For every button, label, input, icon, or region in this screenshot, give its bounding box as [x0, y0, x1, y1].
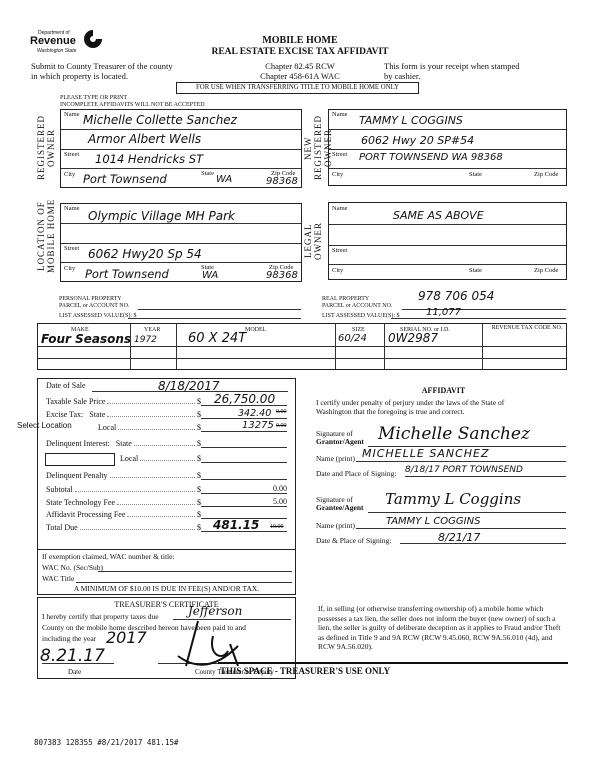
delinquent-interest-label: Delinquent Interest:	[46, 439, 110, 448]
exemption-label: If exemption claimed, WAC number & title…	[42, 552, 175, 561]
personal-parcel-field[interactable]	[138, 301, 301, 310]
location-label: LOCATION OF MOBILE HOME	[36, 198, 60, 274]
no-zip-label: Zip Code	[534, 171, 558, 178]
ro-name-label: Name	[64, 111, 80, 118]
instruction-incomplete: INCOMPLETE AFFIDAVITS WILL NOT BE ACCEPT…	[60, 102, 205, 108]
grantee-date-label: Date & Place of Signing:	[316, 536, 391, 545]
personal-assessed-field[interactable]	[128, 311, 301, 319]
personal-parcel-label: PERSONAL PROPERTY PARCEL or ACCOUNT NO.	[59, 296, 129, 310]
submit-note: Submit to County Treasurer of the county…	[31, 61, 173, 81]
make-value[interactable]: Four Seasons	[41, 332, 131, 346]
affidavit-text-2: Washington that the foregoing is true an…	[316, 407, 571, 416]
treasurer-use-label: THIS SPACE - TREASURER'S USE ONLY	[220, 666, 390, 676]
minimum-note: A MINIMUM OF $10.00 IS DUE IN FEE(S) AND…	[38, 584, 295, 593]
personal-parcel-label-1: PERSONAL PROPERTY	[59, 296, 129, 303]
grantee-signature[interactable]: Tammy L Coggins	[385, 490, 521, 508]
loc-street-label: Street	[64, 245, 79, 252]
ro-state-label: State	[201, 170, 214, 177]
delinquent-penalty-label: Delinquent Penalty	[46, 471, 108, 480]
logo-line2: Revenue	[30, 35, 76, 47]
total-due-value[interactable]: 481.15	[213, 518, 259, 532]
lo-city-label: City	[332, 267, 343, 274]
taxable-price-label: Taxable Sale Price	[46, 397, 105, 406]
real-parcel-value[interactable]: 978 706 054	[418, 289, 494, 303]
ro-street-label: Street	[64, 151, 79, 158]
lo-state-label: State	[469, 267, 482, 274]
new-owner-label: NEW REGISTERED OWNER	[303, 112, 327, 184]
real-parcel-label-1: REAL PROPERTY	[322, 296, 392, 303]
delinquent-interest-state-row: Delinquent Interest:State$	[46, 439, 287, 448]
receipt-note-line1: This form is your receipt when stamped	[384, 61, 520, 71]
lo-name-label: Name	[332, 205, 348, 212]
loc-name[interactable]: Olympic Village MH Park	[88, 209, 235, 223]
excise-local-label: Local	[98, 423, 116, 432]
legal-owner-label: LEGAL OWNER	[303, 205, 327, 277]
excise-state-printed: 0.00	[276, 409, 287, 415]
tax-calc-box: Date of Sale 8/18/2017 Taxable Sale Pric…	[37, 378, 296, 550]
year-value[interactable]: 1972	[134, 335, 157, 345]
taxable-price-value[interactable]: 26,750.00	[214, 392, 275, 406]
total-due-label: Total Due	[46, 523, 78, 532]
no-city-label: City	[332, 171, 343, 178]
processing-fee-label: Affidavit Processing Fee	[46, 510, 125, 519]
real-assessed-value[interactable]: 11,077	[426, 307, 461, 318]
treasurer-line1: I hereby certify that property taxes due	[42, 612, 159, 621]
tech-fee-row: State Technology Fee$5.00	[46, 497, 287, 507]
location-select-box[interactable]	[45, 453, 115, 466]
date-field[interactable]	[42, 658, 114, 664]
treasurer-line3: including the year	[42, 634, 96, 643]
receipt-note-line2: by cashier.	[384, 71, 520, 81]
lo-name[interactable]: SAME AS ABOVE	[393, 209, 484, 222]
affidavit-section: AFFIDAVIT I certify under penalty of per…	[316, 386, 571, 416]
grantor-date[interactable]: 8/18/17 PORT TOWNSEND	[405, 465, 523, 475]
grantor-date-label: Date and Place of Signing:	[316, 469, 396, 478]
ro-street[interactable]: 1014 Hendricks ST	[95, 152, 203, 166]
submit-note-line2: in which property is located.	[31, 71, 173, 81]
location-box: Name Olympic Village MH Park Street 6062…	[60, 203, 302, 282]
col-revenue-code: REVENUE TAX CODE NO.	[490, 325, 564, 332]
excise-local-value[interactable]: 13275	[242, 420, 274, 431]
affidavit-text-1: I certify under penalty of perjury under…	[316, 398, 571, 407]
loc-zip[interactable]: 98368	[266, 270, 298, 281]
logo-line3: Washington State	[37, 48, 76, 54]
no-street[interactable]: PORT TOWNSEND WA 98368	[359, 152, 503, 163]
wac-title-label: WAC Title	[42, 574, 74, 583]
wac-title-field[interactable]	[76, 574, 292, 583]
no-address-line[interactable]: 6062 Hwy 20 SP#54	[361, 134, 474, 147]
chapter-wac: Chapter 458-61A WAC	[250, 71, 350, 81]
lo-street-label: Street	[332, 247, 347, 254]
di-local-label: Local	[120, 454, 138, 463]
real-parcel-label: REAL PROPERTY PARCEL or ACCOUNT NO.	[322, 296, 392, 310]
ro-state[interactable]: WA	[216, 174, 232, 185]
delinquent-penalty-row: Delinquent Penalty$	[46, 471, 287, 480]
no-street-label: Street	[332, 151, 347, 158]
total-due-printed: 10.00	[270, 524, 284, 530]
ro-name2[interactable]: Armor Albert Wells	[88, 132, 201, 146]
receipt-note: This form is your receipt when stamped b…	[384, 61, 520, 81]
loc-state[interactable]: WA	[202, 270, 218, 281]
lo-zip-label: Zip Code	[534, 267, 558, 274]
instruction-type-print: PLEASE TYPE OR PRINT	[60, 95, 127, 101]
ro-city-label: City	[64, 171, 75, 178]
home-detail-table: MAKE YEAR MODEL SIZE SERIAL NO. or I.D. …	[37, 323, 567, 370]
subtotal-value: 0.00	[201, 484, 287, 494]
tech-fee-label: State Technology Fee	[46, 498, 115, 507]
legal-owner-box: Name SAME AS ABOVE Street City State Zip…	[328, 202, 567, 280]
grantee-sig-label-2: Grantee/Agent	[316, 504, 364, 512]
select-location-label[interactable]: Select Location	[17, 421, 72, 430]
loc-street[interactable]: 6062 Hwy20 Sp 54	[88, 247, 202, 261]
dor-logo: Department of Revenue Washington State	[30, 28, 110, 58]
receipt-stamp: 807383 128355 #8/21/2017 481.15#	[34, 738, 179, 747]
date-label: Date	[68, 668, 81, 676]
grantor-name-label: Name (print)	[316, 454, 355, 463]
no-name[interactable]: TAMMY L COGGINS	[359, 114, 463, 127]
date-of-sale-label: Date of Sale	[46, 381, 86, 390]
loc-city[interactable]: Port Townsend	[85, 267, 169, 281]
revenue-swirl-icon	[82, 28, 104, 50]
treasurer-use-divider	[218, 662, 568, 664]
ro-zip[interactable]: 98368	[266, 176, 298, 187]
exemption-box: If exemption claimed, WAC number & title…	[37, 550, 296, 595]
grantee-sig-label: Signature of Grantee/Agent	[316, 496, 364, 512]
tax-year-value[interactable]: 2017	[106, 628, 147, 647]
subtotal-label: Subtotal	[46, 485, 73, 494]
grantee-name-label: Name (print)	[316, 521, 355, 530]
grantor-sig-label: Signature of Grantor/Agent	[316, 430, 364, 446]
grantee-date[interactable]: 8/21/17	[438, 531, 480, 544]
real-assessed-label: LIST ASSESSED VALUE(S): $	[322, 313, 400, 319]
grantor-sig-label-2: Grantor/Agent	[316, 438, 364, 446]
form-title: MOBILE HOME REAL ESTATE EXCISE TAX AFFID…	[180, 35, 420, 57]
registered-owner-label: REGISTERED OWNER	[36, 112, 60, 184]
grantor-name[interactable]: MICHELLE SANCHEZ	[362, 447, 490, 460]
loc-name-label: Name	[64, 205, 80, 212]
excise-state-value[interactable]: 342.40	[238, 408, 271, 419]
treasurer-cert-title: TREASURER'S CERTIFICATE	[38, 600, 295, 609]
registered-owner-box: Name Michelle Collette Sanchez Armor Alb…	[60, 109, 302, 188]
no-name-label: Name	[332, 111, 348, 118]
real-assessed-field[interactable]	[391, 311, 566, 319]
chapter-rcw: Chapter 82.45 RCW	[250, 61, 350, 71]
delinquent-interest-local-row: Local$	[120, 454, 287, 463]
grantee-name[interactable]: TAMMY L COGGINS	[386, 516, 480, 527]
col-model: MODEL	[245, 327, 266, 333]
col-year: YEAR	[144, 327, 160, 333]
grantee-date-field[interactable]	[400, 534, 566, 544]
personal-parcel-label-2: PARCEL or ACCOUNT NO.	[59, 303, 129, 310]
real-parcel-label-2: PARCEL or ACCOUNT NO.	[322, 303, 392, 310]
affidavit-title: AFFIDAVIT	[316, 386, 571, 395]
title-reet-affidavit: REAL ESTATE EXCISE TAX AFFIDAVIT	[180, 47, 420, 57]
wac-no-label: WAC No. (Sec/Sub)	[42, 563, 103, 572]
ro-city[interactable]: Port Townsend	[83, 172, 167, 186]
ro-name1[interactable]: Michelle Collette Sanchez	[83, 113, 237, 127]
personal-assessed-label: LIST ASSESSED VALUE(S): $	[59, 313, 137, 319]
model-value[interactable]: 60 X 24T	[188, 331, 246, 346]
fraud-note: If, in selling (or otherwise transferrin…	[318, 604, 566, 652]
grantor-signature[interactable]: Michelle Sanchez	[378, 424, 530, 444]
submit-note-line1: Submit to County Treasurer of the county	[31, 61, 173, 71]
di-state-label: State	[116, 439, 132, 448]
serial-value[interactable]: 0W2987	[388, 331, 438, 345]
use-banner: FOR USE WHEN TRANSFERRING TITLE TO MOBIL…	[176, 82, 419, 94]
loc-city-label: City	[64, 265, 75, 272]
excise-label: Excise Tax:	[46, 410, 83, 419]
new-owner-box: Name TAMMY L COGGINS 6062 Hwy 20 SP#54 S…	[328, 109, 567, 186]
no-state-label: State	[469, 171, 482, 178]
subtotal-row: Subtotal$0.00	[46, 484, 287, 494]
tech-fee-value: 5.00	[201, 497, 287, 507]
title-mobile-home: MOBILE HOME	[180, 35, 420, 46]
date-of-sale-value[interactable]: 8/18/2017	[158, 379, 220, 393]
wac-no-field[interactable]	[98, 563, 292, 572]
excise-state-label: State	[89, 410, 105, 419]
chapter-refs: Chapter 82.45 RCW Chapter 458-61A WAC	[250, 61, 350, 81]
excise-local-printed: 0.00	[276, 423, 287, 429]
size-value[interactable]: 60/24	[338, 333, 367, 344]
